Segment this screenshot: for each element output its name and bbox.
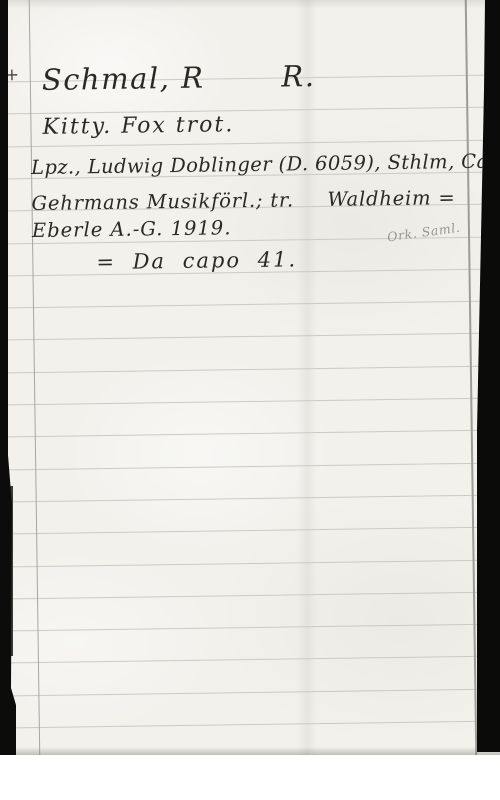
series-reference: = Da capo 41.	[96, 247, 297, 274]
ruled-line	[0, 301, 499, 309]
scanned-catalog-card: + Schmal, RR. Kitty. Fox trot. Lpz., Lud…	[0, 0, 500, 755]
ruled-line	[5, 720, 500, 728]
imprint-line-3: Eberle A.-G. 1919.	[32, 216, 232, 242]
ruled-line	[0, 139, 497, 147]
pencil-collection-note: Ork. Saml.	[386, 220, 461, 245]
paper-bottom-edge	[0, 747, 500, 755]
ruled-line	[0, 398, 500, 406]
ruled-line	[0, 365, 500, 373]
ruled-line	[3, 559, 500, 567]
ruled-line	[0, 333, 499, 341]
ruled-line	[2, 494, 500, 502]
imprint-line-1: Lpz., Ludwig Doblinger (D. 6059), Sthlm,…	[31, 149, 500, 179]
imprint-line-2-right: Waldheim =	[327, 186, 455, 211]
ruled-line	[4, 688, 500, 696]
card-heading: Schmal, RR.	[42, 59, 316, 97]
right-margin-line	[465, 0, 478, 755]
heading-name: Schmal, R	[42, 61, 205, 97]
ruled-line	[1, 462, 500, 470]
ruled-writing-layer: + Schmal, RR. Kitty. Fox trot. Lpz., Lud…	[0, 0, 500, 755]
top-edge-shading	[0, 0, 500, 9]
imprint-line-2-left: Gehrmans Musikförl.; tr.	[31, 188, 294, 215]
ruled-line	[3, 624, 500, 632]
ruled-line	[4, 656, 500, 664]
ruled-line	[3, 591, 500, 599]
imprint-line-2: Gehrmans Musikförl.; tr.Waldheim =	[31, 186, 455, 215]
ruled-line	[1, 430, 500, 438]
work-title: Kitty. Fox trot.	[42, 112, 234, 140]
heading-repeated-initial: R.	[281, 59, 316, 93]
ruled-line	[2, 527, 500, 535]
